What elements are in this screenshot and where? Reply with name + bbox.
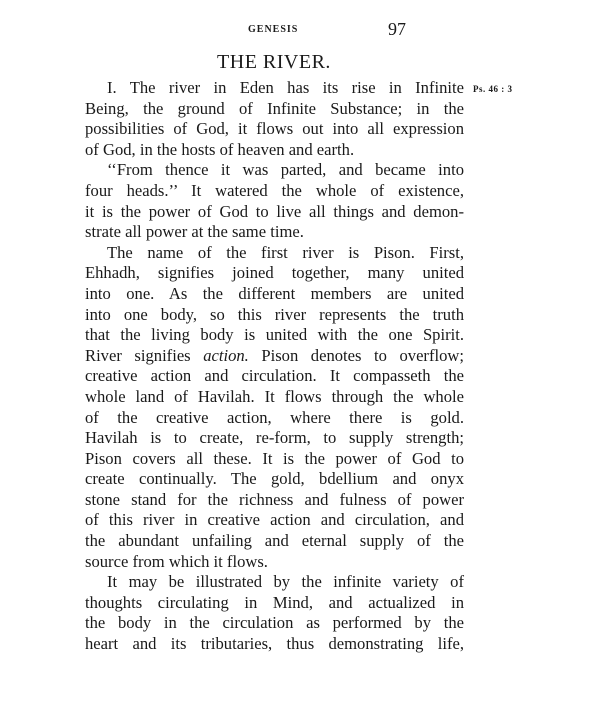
text-line: I. The river in Eden has its rise in Inf… xyxy=(85,78,464,99)
text-line: thoughts circulating in Mind, and actual… xyxy=(85,593,464,614)
text-line: Havilah is to create, re-form, to supply… xyxy=(85,428,464,449)
scripture-reference-note: Ps. 46 : 3 xyxy=(473,84,513,94)
paragraph-4: It may be illustrated by the infinite va… xyxy=(85,572,464,654)
text-line: the abundant unfailing and eternal suppl… xyxy=(85,531,464,552)
body-text: I. The river in Eden has its rise in Inf… xyxy=(85,78,464,655)
paragraph-3: The name of the first river is Pison. Fi… xyxy=(85,243,464,573)
text-line: stone stand for the richness and fulness… xyxy=(85,490,464,511)
text-line: heart and its tributaries, thus demonstr… xyxy=(85,634,464,655)
text-line: Pison covers all these. It is the power … xyxy=(85,449,464,470)
text-line: that the living body is united with the … xyxy=(85,325,464,346)
running-head: GENESIS 97 xyxy=(0,21,600,39)
text-line: into one. As the different members are u… xyxy=(85,284,464,305)
page-number: 97 xyxy=(388,19,406,40)
paragraph-2: ‘‘From thence it was parted, and became … xyxy=(85,160,464,242)
text-line: The name of the first river is Pison. Fi… xyxy=(85,243,464,264)
text-line: strate all power at the same time. xyxy=(85,222,464,243)
text-line: create continually. The gold, bdellium a… xyxy=(85,469,464,490)
text-line: of God, in the hosts of heaven and earth… xyxy=(85,140,464,161)
text-line: into one body, so this river represents … xyxy=(85,305,464,326)
text-line: it is the power of God to live all thing… xyxy=(85,202,464,223)
text-line: four heads.’’ It watered the whole of ex… xyxy=(85,181,464,202)
paragraph-1: I. The river in Eden has its rise in Inf… xyxy=(85,78,464,160)
text-line: of the creative action, where there is g… xyxy=(85,408,464,429)
text-line: possibilities of God, it flows out into … xyxy=(85,119,464,140)
text-line: the body in the circulation as performed… xyxy=(85,613,464,634)
running-title: GENESIS xyxy=(248,24,298,35)
chapter-title: THE RIVER. xyxy=(0,51,548,74)
text-line: Ehhadh, signifies joined together, many … xyxy=(85,263,464,284)
text-line: Being, the ground of Infinite Substance;… xyxy=(85,99,464,120)
text-line-with-emphasis: River signifies action. Pison denotes to… xyxy=(85,346,464,367)
text-line: creative action and circulation. It comp… xyxy=(85,366,464,387)
emphasized-word: action. xyxy=(203,346,249,365)
text-segment: Pison denotes to overflow; xyxy=(249,346,464,365)
text-line: whole land of Havilah. It flows through … xyxy=(85,387,464,408)
text-line: It may be illustrated by the infinite va… xyxy=(85,572,464,593)
text-line: source from which it flows. xyxy=(85,552,464,573)
text-line: of this river in creative action and cir… xyxy=(85,510,464,531)
text-segment: River signifies xyxy=(85,346,203,365)
text-line: ‘‘From thence it was parted, and became … xyxy=(85,160,464,181)
